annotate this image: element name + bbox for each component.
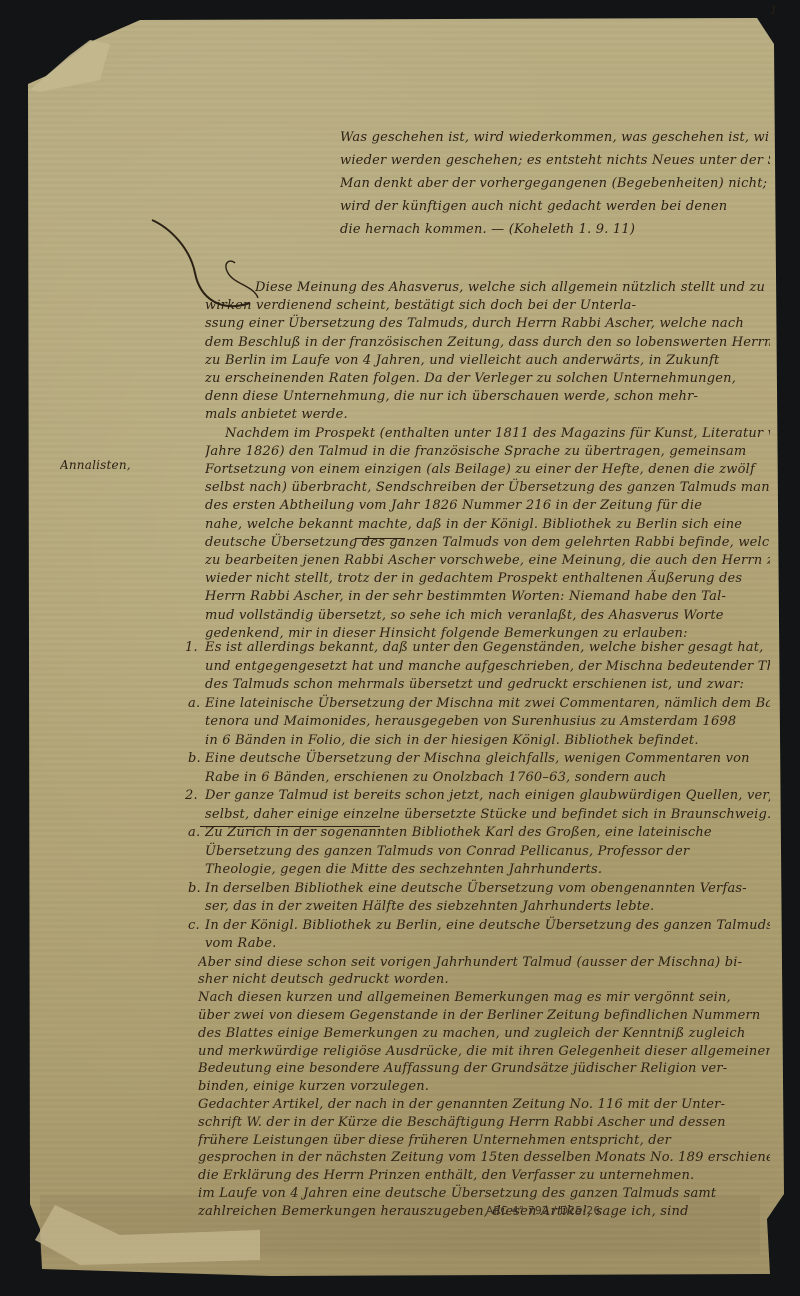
manuscript-line: zahlreichen Bemerkungen herauszugeben, d…	[198, 1202, 770, 1222]
list-marker: a.	[188, 694, 200, 714]
manuscript-line: Fortsetzung von einem einzigen (als Beil…	[205, 460, 770, 480]
manuscript-line: Man denkt aber der vorhergegangenen (Beg…	[340, 174, 770, 194]
manuscript-line: zu bearbeiten jenen Rabbi Ascher vorschw…	[205, 551, 770, 571]
list-marker: 2.	[185, 786, 198, 806]
manuscript-line: Rabe in 6 Bänden, erschienen zu Onolzbac…	[205, 768, 770, 788]
manuscript-line: des Talmuds schon mehrmals übersetzt und…	[205, 675, 770, 695]
ink-underline	[200, 826, 380, 827]
manuscript-line: Übersetzung des ganzen Talmuds von Conra…	[205, 842, 770, 862]
list-marker: b.	[188, 749, 201, 769]
manuscript-line: Eine deutsche Übersetzung der Mischna gl…	[205, 749, 770, 769]
manuscript-line: zu Berlin im Laufe von 4 Jahren, und vie…	[205, 351, 770, 371]
manuscript-line: und entgegengesetzt hat und manche aufge…	[205, 657, 770, 677]
manuscript-line: vom Rabe.	[205, 934, 770, 954]
manuscript-line: dem Beschluß in der französischen Zeitun…	[205, 333, 770, 353]
manuscript-line: mud vollständig übersetzt, so sehe ich m…	[205, 606, 770, 626]
manuscript-line: Eine lateinische Übersetzung der Mischna…	[205, 694, 770, 714]
manuscript-line: Jahre 1826) den Talmud in die französisc…	[205, 442, 770, 462]
archive-signature-stamp: ARC 4° 792 / D25-26	[486, 1205, 600, 1217]
manuscript-line: In derselben Bibliothek eine deutsche Üb…	[205, 879, 770, 899]
list-marker: c.	[188, 916, 200, 936]
manuscript-line: zu erscheinenden Raten folgen. Da der Ve…	[205, 369, 770, 389]
margin-note: Annalisten,	[60, 458, 131, 472]
manuscript-line: deutsche Übersetzung des ganzen Talmuds …	[205, 533, 770, 553]
list-marker: 1.	[185, 638, 198, 658]
manuscript-line: nahe, welche bekannt machte, daß in der …	[205, 515, 770, 535]
manuscript-line: In der Königl. Bibliothek zu Berlin, ein…	[205, 916, 770, 936]
manuscript-line: Herrn Rabbi Ascher, in der sehr bestimmt…	[205, 587, 770, 607]
manuscript-line: wieder werden geschehen; es entsteht nic…	[340, 151, 770, 171]
manuscript-line: Was geschehen ist, wird wiederkommen, wa…	[340, 128, 770, 148]
manuscript-line: selbst nach) überbracht, Sendschreiben d…	[205, 478, 770, 498]
manuscript-line: die hernach kommen. — (Koheleth 1. 9. 11…	[340, 220, 770, 240]
manuscript-line: wieder nicht stellt, trotz der in gedach…	[205, 569, 770, 589]
manuscript-line: mals anbietet werde.	[205, 405, 770, 425]
page-number: 1	[770, 4, 777, 17]
manuscript-line: denn diese Unternehmung, die nur ich übe…	[205, 387, 770, 407]
manuscript-line: Es ist allerdings bekannt, daß unter den…	[205, 638, 770, 658]
list-marker: a.	[188, 823, 200, 843]
manuscript-line: Theologie, gegen die Mitte des sechzehnt…	[205, 860, 770, 880]
manuscript-line: Nachdem im Prospekt (enthalten unter 181…	[225, 424, 770, 444]
manuscript-line: des ersten Abtheilung vom Jahr 1826 Numm…	[205, 496, 770, 516]
manuscript-line: Der ganze Talmud ist bereits schon jetzt…	[205, 786, 770, 806]
ink-underline	[355, 538, 405, 539]
manuscript-line: ser, das in der zweiten Hälfte des siebz…	[205, 897, 770, 917]
manuscript-line: tenora und Maimonides, herausgegeben von…	[205, 712, 770, 732]
manuscript-line: wirken verdienend scheint, bestätigt sic…	[205, 296, 770, 316]
manuscript-line: ssung einer Übersetzung des Talmuds, dur…	[205, 314, 770, 334]
manuscript-line: in 6 Bänden in Folio, die sich in der hi…	[205, 731, 770, 751]
manuscript-line: selbst, daher einige einzelne übersetzte…	[205, 805, 770, 825]
manuscript-line: wird der künftigen auch nicht gedacht we…	[340, 197, 770, 217]
manuscript-line: Diese Meinung des Ahasverus, welche sich…	[255, 278, 770, 298]
list-marker: b.	[188, 879, 201, 899]
